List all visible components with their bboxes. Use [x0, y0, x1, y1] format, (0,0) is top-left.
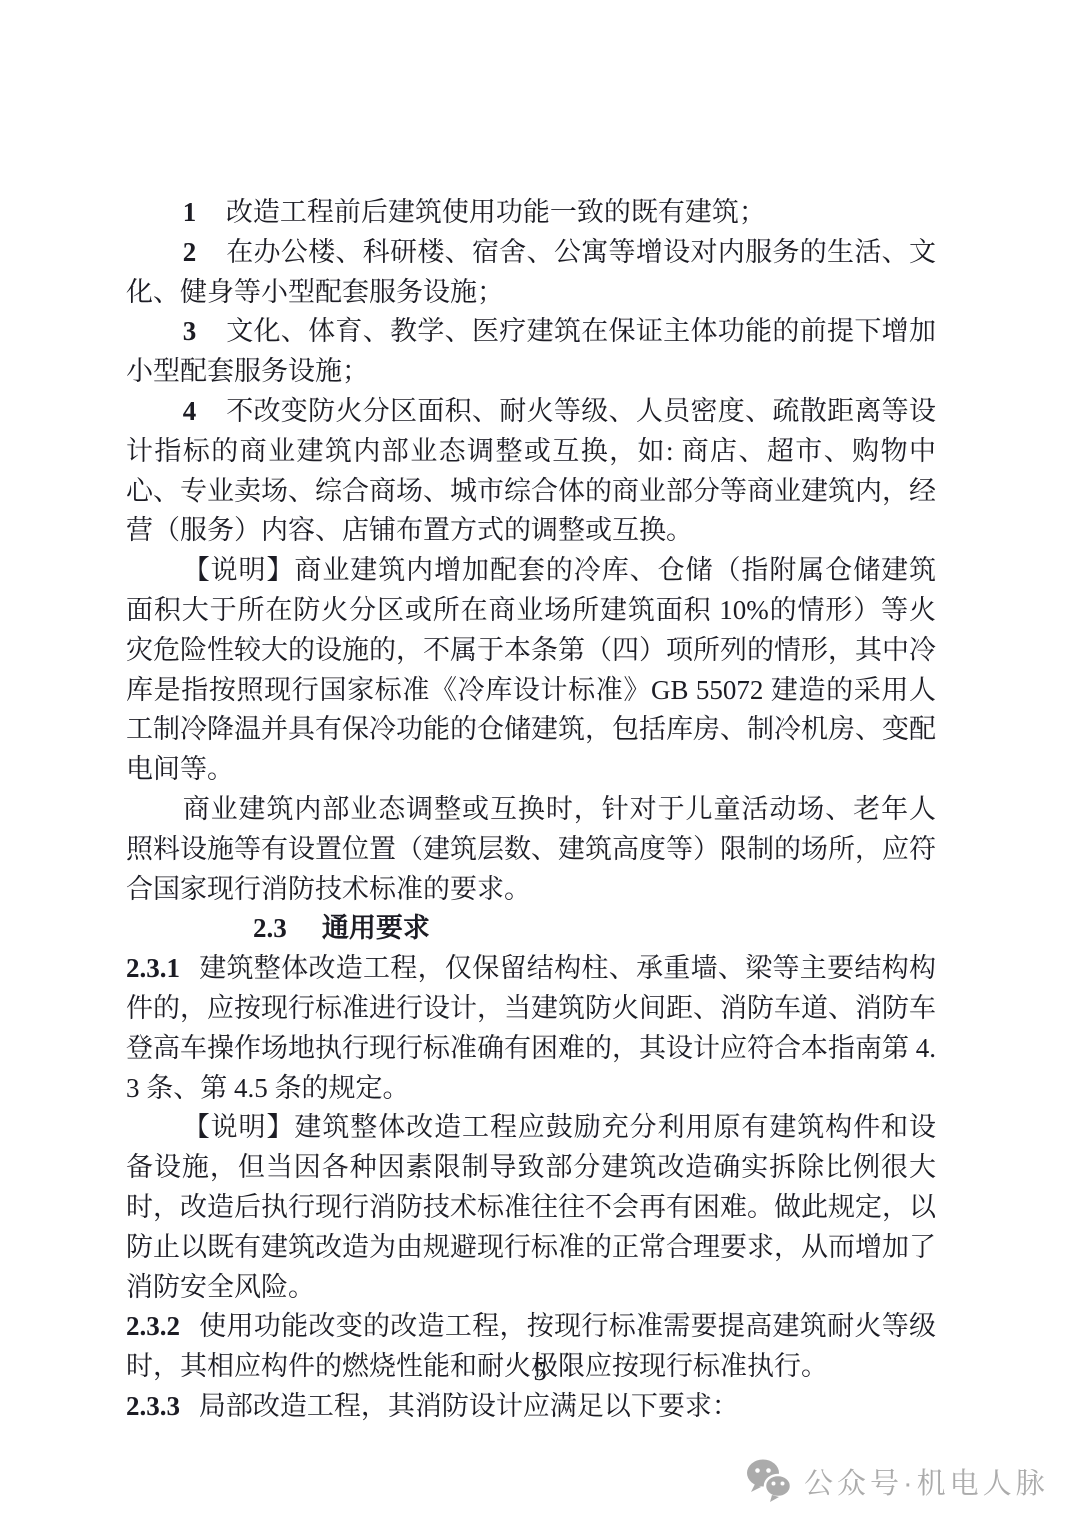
item-text: 文化、体育、教学、医疗建筑在保证主体功能的前提下增加小型配套服务设施；: [126, 316, 936, 386]
paragraph-business-swap: 商业建筑内部业态调整或互换时，针对于儿童活动场、老年人照料设施等有设置位置（建筑…: [126, 790, 936, 909]
item-text: 在办公楼、科研楼、宿舍、公寓等增设对内服务的生活、文化、健身等小型配套服务设施；: [126, 237, 936, 307]
item-number: 4: [183, 396, 197, 426]
section-number: 2.3: [253, 913, 287, 943]
clause-number: 2.3.2: [126, 1311, 180, 1341]
document-body: 1改造工程前后建筑使用功能一致的既有建筑； 2在办公楼、科研楼、宿舍、公寓等增设…: [126, 193, 936, 1427]
item-number: 1: [183, 197, 197, 227]
item-number: 3: [183, 316, 197, 346]
watermark-label: 公众号·机电人脉: [804, 1461, 1049, 1502]
clause-number: 2.3.3: [126, 1391, 180, 1421]
note-paragraph-commercial: 【说明】商业建筑内增加配套的冷库、仓储（指附属仓储建筑面积大于所在防火分区或所在…: [126, 551, 936, 790]
wechat-icon: [746, 1458, 792, 1504]
section-heading-2-3: 2.3通用要求: [126, 909, 936, 949]
list-item-1: 1改造工程前后建筑使用功能一致的既有建筑；: [126, 193, 936, 233]
list-item-3: 3文化、体育、教学、医疗建筑在保证主体功能的前提下增加小型配套服务设施；: [126, 312, 936, 392]
clause-2-3-1: 2.3.1建筑整体改造工程，仅保留结构柱、承重墙、梁等主要结构构件的，应按现行标…: [126, 949, 936, 1108]
watermark: 公众号·机电人脉: [746, 1458, 1049, 1504]
item-text: 不改变防火分区面积、耐火等级、人员密度、疏散距离等设计指标的商业建筑内部业态调整…: [126, 396, 936, 545]
clause-text: 局部改造工程，其消防设计应满足以下要求：: [199, 1391, 739, 1421]
section-title: 通用要求: [322, 913, 430, 943]
page-number: 5: [0, 1356, 1080, 1387]
note-paragraph-overall: 【说明】建筑整体改造工程应鼓励充分利用原有建筑构件和设备设施，但当因各种因素限制…: [126, 1108, 936, 1307]
item-number: 2: [183, 237, 197, 267]
list-item-4: 4不改变防火分区面积、耐火等级、人员密度、疏散距离等设计指标的商业建筑内部业态调…: [126, 392, 936, 551]
clause-text: 建筑整体改造工程，仅保留结构柱、承重墙、梁等主要结构构件的，应按现行标准进行设计…: [126, 953, 936, 1102]
clause-number: 2.3.1: [126, 953, 180, 983]
clause-2-3-3: 2.3.3局部改造工程，其消防设计应满足以下要求：: [126, 1387, 936, 1427]
list-item-2: 2在办公楼、科研楼、宿舍、公寓等增设对内服务的生活、文化、健身等小型配套服务设施…: [126, 233, 936, 313]
document-page: 1改造工程前后建筑使用功能一致的既有建筑； 2在办公楼、科研楼、宿舍、公寓等增设…: [0, 0, 1080, 1528]
item-text: 改造工程前后建筑使用功能一致的既有建筑；: [226, 197, 766, 227]
